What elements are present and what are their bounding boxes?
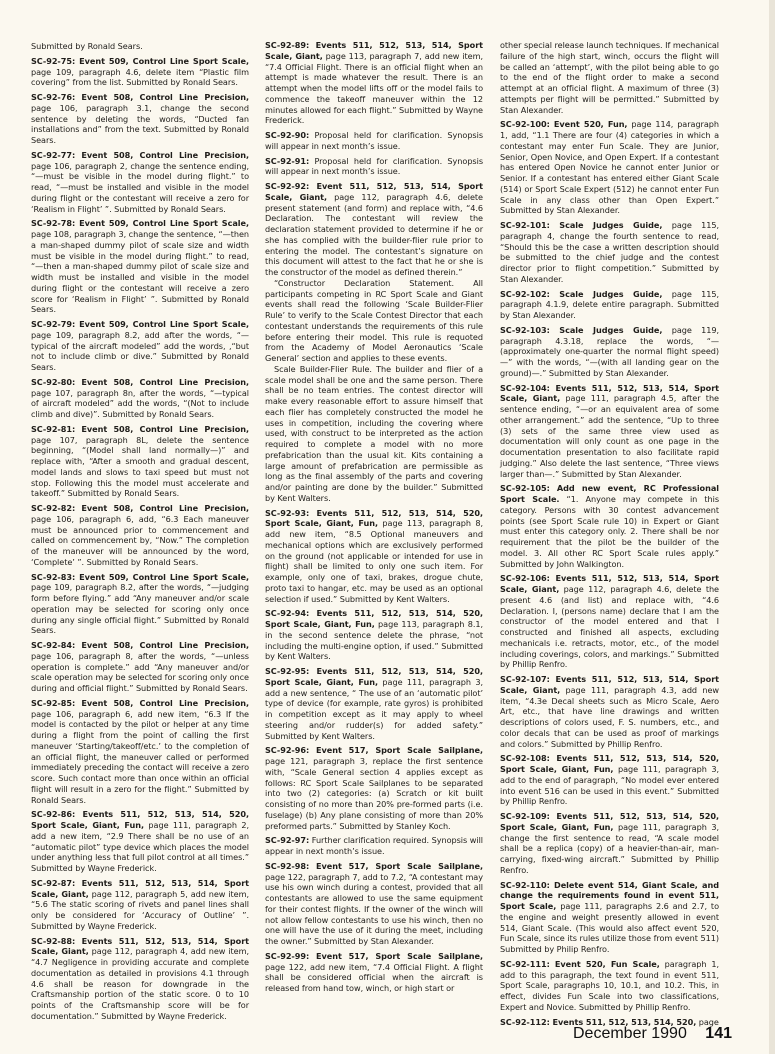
proposal-paragraph: SC-92-82: Event 508, Control Line Precis… (31, 503, 249, 568)
column-left: Submitted by Ronald Sears.SC-92-75: Even… (31, 41, 249, 1026)
proposal-heading: SC-92-75: Event 509, Control Line Sport … (31, 56, 249, 66)
proposal-heading: SC-92-102: Scale Judges Guide, (500, 289, 662, 299)
proposal-item: SC-92-94: Events 511, 512, 513, 514, 520… (265, 608, 483, 662)
proposal-item: SC-92-85: Event 508, Control Line Precis… (31, 698, 249, 806)
proposal-heading: SC-92-81: Event 508, Control Line Precis… (31, 424, 249, 434)
proposal-paragraph: SC-92-106: Events 511, 512, 513, 514, Sp… (500, 573, 719, 670)
proposal-paragraph: SC-92-75: Event 509, Control Line Sport … (31, 56, 249, 88)
proposal-continuation: Scale Builder-Flier Rule. The builder an… (265, 364, 483, 504)
proposal-item: SC-92-89: Events 511, 512, 513, 514, Spo… (265, 40, 483, 126)
proposal-heading: SC-92-99: Event 517, Sport Scale Sailpla… (265, 951, 483, 961)
proposal-body: page 122, add new item, “7.4 Official Fl… (265, 962, 483, 994)
proposal-heading: SC-92-84: Event 508, Control Line Precis… (31, 640, 249, 650)
proposal-body: page 107, paragraph 8n, after the words,… (31, 388, 249, 420)
proposal-paragraph: SC-92-104: Events 511, 512, 513, 514, Sp… (500, 383, 719, 480)
proposal-item: SC-92-107: Events 511, 512, 513, 514, Sp… (500, 674, 719, 749)
proposal-item: SC-92-99: Event 517, Sport Scale Sailpla… (265, 951, 483, 994)
proposal-heading: SC-92-100: Event 520, Fun, (500, 119, 627, 129)
proposal-item: SC-92-88: Events 511, 512, 513, 514, Spo… (31, 936, 249, 1022)
proposal-paragraph: SC-92-90: Proposal held for clarificatio… (265, 130, 483, 152)
magazine-page: Submitted by Ronald Sears.SC-92-75: Even… (0, 0, 775, 1054)
proposal-body: “1. Anyone may compete in this category.… (500, 494, 719, 569)
proposal-paragraph: SC-92-108: Events 511, 512, 513, 514, 52… (500, 753, 719, 807)
proposal-paragraph: SC-92-91: Proposal held for clarificatio… (265, 156, 483, 178)
proposal-heading: SC-92-103: Scale Judges Guide, (500, 325, 662, 335)
proposal-item: SC-92-97: Further clarification required… (265, 835, 483, 857)
issue-date: December 1990 (573, 1025, 687, 1042)
proposal-item: SC-92-83: Event 509, Control Line Sport … (31, 572, 249, 637)
page-number: 141 (705, 1025, 732, 1042)
proposal-item: SC-92-79: Event 509, Control Line Sport … (31, 319, 249, 373)
proposal-paragraph: SC-92-95: Events 511, 512, 513, 514, 520… (265, 666, 483, 741)
proposal-heading: SC-92-111: Event 520, Fun Scale, (500, 959, 660, 969)
proposal-body: page 109, paragraph 4.6, delete item “Pl… (31, 67, 249, 88)
proposal-heading: SC-92-76: Event 508, Control Line Precis… (31, 92, 249, 102)
proposal-item: SC-92-96: Event 517, Sport Scale Sailpla… (265, 745, 483, 831)
proposal-item: SC-92-77: Event 508, Control Line Precis… (31, 150, 249, 215)
proposal-heading: SC-92-98: Event 517, Sport Scale Sailpla… (265, 861, 483, 871)
proposal-item: SC-92-86: Events 511, 512, 513, 514, 520… (31, 809, 249, 874)
proposal-paragraph: SC-92-77: Event 508, Control Line Precis… (31, 150, 249, 215)
column-right: other special release launch techniques.… (500, 40, 719, 1031)
proposal-item: SC-92-84: Event 508, Control Line Precis… (31, 640, 249, 694)
proposal-body: other special release launch techniques.… (500, 40, 719, 115)
proposal-paragraph: SC-92-96: Event 517, Sport Scale Sailpla… (265, 745, 483, 831)
proposal-paragraph: SC-92-98: Event 517, Sport Scale Sailpla… (265, 861, 483, 947)
proposal-item: SC-92-98: Event 517, Sport Scale Sailpla… (265, 861, 483, 947)
proposal-item: SC-92-92: Event 511, 512, 513, 514, Spor… (265, 181, 483, 504)
proposal-body: page 121, paragraph 3, replace the first… (265, 756, 483, 831)
proposal-heading: SC-92-80: Event 508, Control Line Precis… (31, 377, 249, 387)
proposal-body: page 106, paragraph 8, after the words, … (31, 651, 249, 693)
proposal-body: page 109, paragraph 8.2, add after the w… (31, 330, 249, 372)
proposal-paragraph: SC-92-89: Events 511, 512, 513, 514, Spo… (265, 40, 483, 126)
proposal-paragraph: SC-92-85: Event 508, Control Line Precis… (31, 698, 249, 806)
proposal-heading: SC-92-97: (265, 835, 309, 845)
proposal-paragraph: SC-92-110: Delete event 514, Giant Scale… (500, 880, 719, 955)
proposal-heading: SC-92-83: Event 509, Control Line Sport … (31, 572, 249, 582)
proposal-body: page 114, paragraph 1, add, “1.1 There a… (500, 119, 719, 215)
proposal-body: page 106, paragraph 3.1, change the seco… (31, 103, 249, 145)
proposal-paragraph: SC-92-79: Event 509, Control Line Sport … (31, 319, 249, 373)
proposal-item: other special release launch techniques.… (500, 40, 719, 115)
proposal-item: SC-92-78: Event 509, Control Line Sport … (31, 218, 249, 315)
proposal-heading: SC-92-90: (265, 130, 309, 140)
proposal-body: page 122, paragraph 7, add to 7.2, “A co… (265, 872, 483, 947)
proposal-item: SC-92-87: Events 511, 512, 513, 514, Spo… (31, 878, 249, 932)
proposal-body: page 106, paragraph 2, change the senten… (31, 161, 249, 214)
proposal-body: Submitted by Ronald Sears. (31, 41, 143, 51)
proposal-heading: SC-92-82: Event 508, Control Line Precis… (31, 503, 249, 513)
proposal-item: SC-92-82: Event 508, Control Line Precis… (31, 503, 249, 568)
proposal-item: SC-92-76: Event 508, Control Line Precis… (31, 92, 249, 146)
proposal-heading: SC-92-78: Event 509, Control Line Sport … (31, 218, 249, 228)
proposal-continuation: “Constructor Declaration Statement. All … (265, 278, 483, 364)
proposal-paragraph: SC-92-107: Events 511, 512, 513, 514, Sp… (500, 674, 719, 749)
proposal-heading: SC-92-77: Event 508, Control Line Precis… (31, 150, 249, 160)
proposal-paragraph: SC-92-101: Scale Judges Guide, page 115,… (500, 220, 719, 285)
proposal-body: page 112, paragraph 4, add new item, “4.… (31, 946, 249, 1021)
proposal-paragraph: SC-92-103: Scale Judges Guide, page 119,… (500, 325, 719, 379)
proposal-paragraph: SC-92-94: Events 511, 512, 513, 514, 520… (265, 608, 483, 662)
proposal-item: SC-92-90: Proposal held for clarificatio… (265, 130, 483, 152)
proposal-body: page 112, paragraph 4.6, delete the pres… (500, 584, 719, 669)
proposal-item: SC-92-105: Add new event, RC Professiona… (500, 483, 719, 569)
proposal-body: page 111, paragraph 4.5, after the sente… (500, 393, 719, 478)
proposal-paragraph: SC-92-92: Event 511, 512, 513, 514, Spor… (265, 181, 483, 278)
proposal-paragraph: SC-92-102: Scale Judges Guide, page 115,… (500, 289, 719, 321)
proposal-paragraph: SC-92-88: Events 511, 512, 513, 514, Spo… (31, 936, 249, 1022)
proposal-item: SC-92-102: Scale Judges Guide, page 115,… (500, 289, 719, 321)
proposal-item: Submitted by Ronald Sears. (31, 41, 249, 52)
proposal-paragraph: SC-92-99: Event 517, Sport Scale Sailpla… (265, 951, 483, 994)
proposal-item: SC-92-95: Events 511, 512, 513, 514, 520… (265, 666, 483, 741)
proposal-paragraph: SC-92-86: Events 511, 512, 513, 514, 520… (31, 809, 249, 874)
proposal-item: SC-92-81: Event 508, Control Line Precis… (31, 424, 249, 499)
proposal-paragraph: SC-92-78: Event 509, Control Line Sport … (31, 218, 249, 315)
proposal-paragraph: SC-92-76: Event 508, Control Line Precis… (31, 92, 249, 146)
proposal-paragraph: SC-92-109: Events 511, 512, 513, 514, 52… (500, 811, 719, 876)
proposal-item: SC-92-100: Event 520, Fun, page 114, par… (500, 119, 719, 216)
proposal-paragraph: Submitted by Ronald Sears. (31, 41, 249, 52)
proposal-paragraph: SC-92-105: Add new event, RC Professiona… (500, 483, 719, 569)
proposal-paragraph: SC-92-100: Event 520, Fun, page 114, par… (500, 119, 719, 216)
proposal-paragraph: SC-92-80: Event 508, Control Line Precis… (31, 377, 249, 420)
proposal-item: SC-92-91: Proposal held for clarificatio… (265, 156, 483, 178)
page-edge (769, 0, 775, 1054)
proposal-body: page 113, paragraph 7, add new item, “7.… (265, 51, 483, 126)
proposal-body: page 106, paragraph 6, add, “6.3 Each ma… (31, 514, 249, 567)
proposal-paragraph: SC-92-81: Event 508, Control Line Precis… (31, 424, 249, 499)
proposal-paragraph: SC-92-93: Events 511, 512, 513, 514, 520… (265, 508, 483, 605)
proposal-paragraph: other special release launch techniques.… (500, 40, 719, 115)
proposal-item: SC-92-93: Events 511, 512, 513, 514, 520… (265, 508, 483, 605)
proposal-item: SC-92-75: Event 509, Control Line Sport … (31, 56, 249, 88)
proposal-heading: SC-92-96: Event 517, Sport Scale Sailpla… (265, 745, 483, 755)
proposal-body: page 109, paragraph 8.2, after the words… (31, 582, 249, 635)
proposal-heading: SC-92-85: Event 508, Control Line Precis… (31, 698, 249, 708)
page-footer: December 1990 141 (573, 1025, 732, 1043)
proposal-item: SC-92-80: Event 508, Control Line Precis… (31, 377, 249, 420)
proposal-item: SC-92-111: Event 520, Fun Scale, paragra… (500, 959, 719, 1013)
proposal-item: SC-92-110: Delete event 514, Giant Scale… (500, 880, 719, 955)
column-middle: SC-92-89: Events 511, 512, 513, 514, Spo… (265, 40, 483, 998)
proposal-heading: SC-92-91: (265, 156, 309, 166)
proposal-paragraph: SC-92-84: Event 508, Control Line Precis… (31, 640, 249, 694)
proposal-body: page 113, paragraph 8, add new item, “8.… (265, 518, 483, 603)
proposal-item: SC-92-106: Events 511, 512, 513, 514, Sp… (500, 573, 719, 670)
proposal-paragraph: SC-92-111: Event 520, Fun Scale, paragra… (500, 959, 719, 1013)
proposal-paragraph: SC-92-83: Event 509, Control Line Sport … (31, 572, 249, 637)
proposal-paragraph: SC-92-97: Further clarification required… (265, 835, 483, 857)
proposal-item: SC-92-101: Scale Judges Guide, page 115,… (500, 220, 719, 285)
proposal-body: page 107, paragraph 8L, delete the sente… (31, 435, 249, 499)
proposal-body: page 106, paragraph 6, add new item, “6.… (31, 709, 249, 805)
proposal-heading: SC-92-101: Scale Judges Guide, (500, 220, 662, 230)
proposal-item: SC-92-108: Events 511, 512, 513, 514, 52… (500, 753, 719, 807)
proposal-heading: SC-92-79: Event 509, Control Line Sport … (31, 319, 249, 329)
proposal-item: SC-92-104: Events 511, 512, 513, 514, Sp… (500, 383, 719, 480)
proposal-paragraph: SC-92-87: Events 511, 512, 513, 514, Spo… (31, 878, 249, 932)
proposal-item: SC-92-109: Events 511, 512, 513, 514, 52… (500, 811, 719, 876)
proposal-body: page 112, paragraph 4.6, delete present … (265, 192, 483, 277)
proposal-item: SC-92-103: Scale Judges Guide, page 119,… (500, 325, 719, 379)
proposal-body: page 108, paragraph 3, change the senten… (31, 229, 249, 314)
